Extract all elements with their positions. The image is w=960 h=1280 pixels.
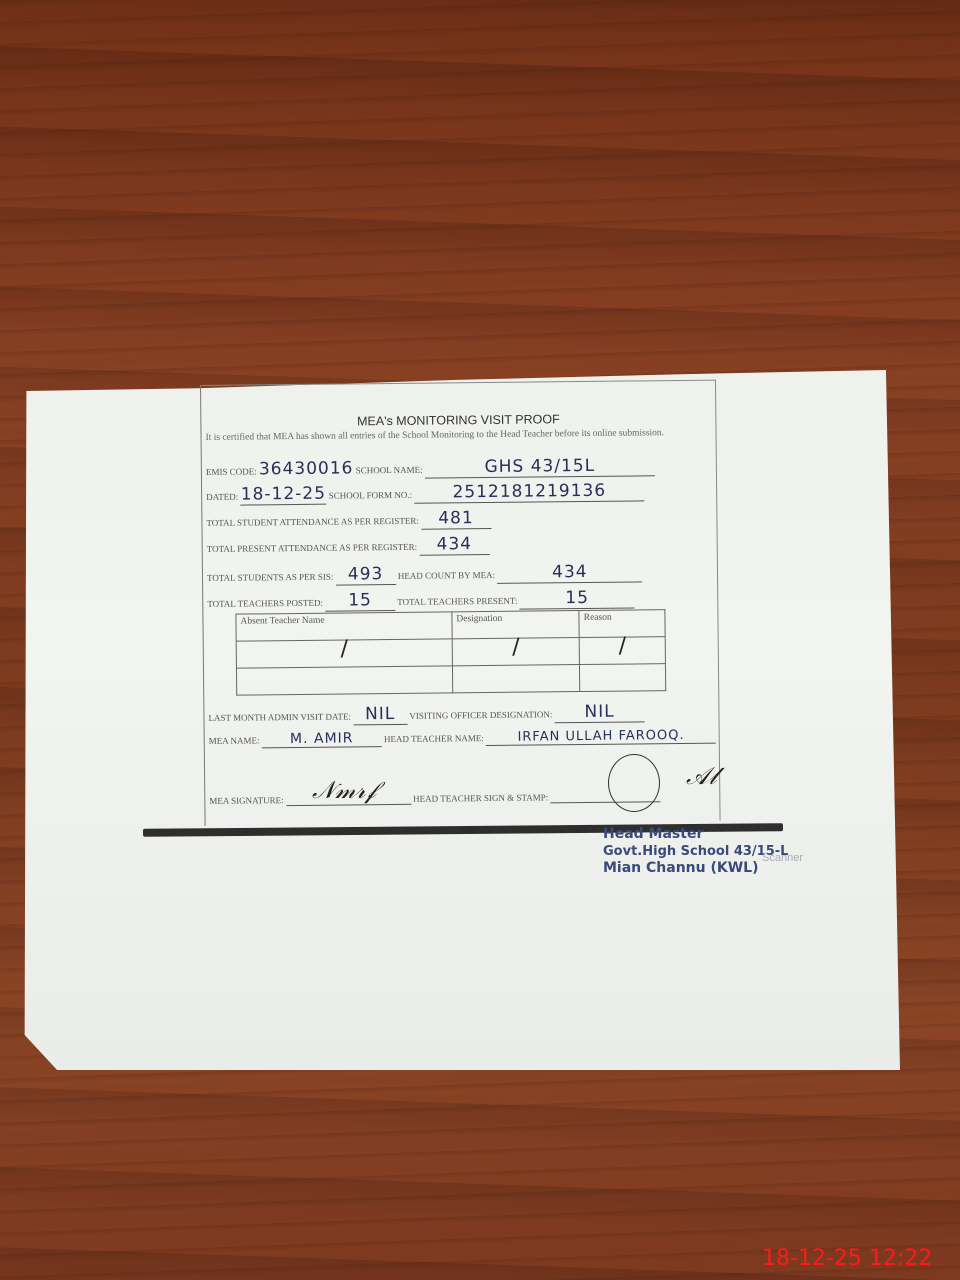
total-students-sis-label: TOTAL STUDENTS AS PER SIS:: [207, 572, 333, 583]
head-teacher-initial-circle: [608, 754, 660, 812]
stamp-line-1: Head Master: [603, 826, 788, 843]
admin-visit-row: LAST MONTH ADMIN VISIT DATE: NIL VISITIN…: [208, 701, 644, 727]
table-cell: /: [457, 634, 576, 660]
table-row: [236, 664, 665, 695]
table-cell: [580, 664, 666, 692]
emis-code-value: 36430016: [259, 458, 354, 479]
teachers-row: TOTAL TEACHERS POSTED: 15 TOTAL TEACHERS…: [207, 587, 635, 612]
dated-form-row: DATED: 18-12-25 SCHOOL FORM NO.: 2512181…: [206, 480, 644, 506]
head-count-mea-value: 434: [497, 561, 642, 584]
signatures-row: MEA SIGNATURE: HEAD TEACHER SIGN & STAMP…: [209, 791, 660, 807]
school-name-label: SCHOOL NAME:: [356, 465, 423, 476]
last-month-admin-visit-label: LAST MONTH ADMIN VISIT DATE:: [208, 711, 351, 722]
mea-name-value: M. Amir: [262, 730, 382, 748]
dated-label: DATED:: [206, 492, 238, 502]
school-form-no-value: 2512181219136: [414, 480, 644, 503]
mea-signature-label: MEA SIGNATURE:: [209, 795, 283, 806]
total-students-sis-value: 493: [335, 564, 395, 586]
table-cell: /: [584, 633, 661, 659]
visiting-officer-designation-label: VISITING OFFICER DESIGNATION:: [409, 709, 552, 720]
visiting-officer-designation-value: NIL: [554, 701, 644, 723]
table-cell: [236, 666, 452, 695]
dated-value: 18-12-25: [240, 484, 326, 506]
total-teachers-posted-value: 15: [325, 590, 395, 612]
camera-timestamp: 18-12-25 12:22: [762, 1246, 932, 1271]
present-attendance-row: TOTAL PRESENT ATTENDANCE AS PER REGISTER…: [207, 534, 490, 558]
head-teacher-name-value: IRFAN ULLAH FAROOQ.: [486, 728, 716, 746]
certification-text: It is certified that MEA has shown all e…: [205, 427, 711, 444]
total-teachers-posted-label: TOTAL TEACHERS POSTED:: [207, 598, 323, 609]
head-teacher-sign-label: HEAD TEACHER SIGN & STAMP:: [413, 792, 548, 803]
emis-code-label: EMIS CODE:: [206, 466, 257, 477]
student-attendance-row: TOTAL STUDENT ATTENDANCE AS PER REGISTER…: [206, 508, 491, 532]
mea-name-label: MEA NAME:: [209, 735, 260, 746]
school-name-value: GHS 43/15L: [425, 455, 655, 478]
head-teacher-name-label: HEAD TEACHER NAME:: [384, 733, 484, 744]
total-teachers-present-value: 15: [520, 587, 635, 609]
table-cell: /: [241, 635, 448, 662]
stamp-line-2: Govt.High School 43/15-L: [603, 843, 788, 860]
head-count-mea-label: HEAD COUNT BY MEA:: [398, 570, 495, 581]
last-month-admin-visit-value: NIL: [353, 704, 407, 726]
stamp-line-3: Mian Channu (KWL): [603, 860, 788, 877]
head-master-stamp: Head Master Govt.High School 43/15-L Mia…: [603, 826, 788, 877]
total-student-attendance-value: 481: [421, 508, 491, 530]
total-teachers-present-label: TOTAL TEACHERS PRESENT:: [397, 596, 517, 607]
mea-signature-scribble: 𝒩𝓂𝓇𝒻: [312, 776, 376, 804]
students-sis-row: TOTAL STUDENTS AS PER SIS: 493 HEAD COUN…: [207, 561, 643, 587]
total-present-attendance-label: TOTAL PRESENT ATTENDANCE AS PER REGISTER…: [207, 542, 417, 554]
scanner-watermark: Scanner: [762, 852, 803, 864]
total-present-attendance-value: 434: [419, 534, 489, 556]
head-teacher-signature-scribble: 𝒜𝓁: [686, 762, 717, 790]
absent-teachers-table: Absent Teacher Name Designation Reason /…: [235, 609, 666, 695]
emis-school-row: EMIS CODE: 36430016 SCHOOL NAME: GHS 43/…: [206, 455, 655, 481]
school-form-no-label: SCHOOL FORM NO.:: [329, 490, 413, 501]
table-cell: [452, 665, 580, 693]
total-student-attendance-label: TOTAL STUDENT ATTENDANCE AS PER REGISTER…: [206, 516, 418, 528]
names-row: MEA NAME: M. Amir HEAD TEACHER NAME: IRF…: [209, 727, 717, 749]
